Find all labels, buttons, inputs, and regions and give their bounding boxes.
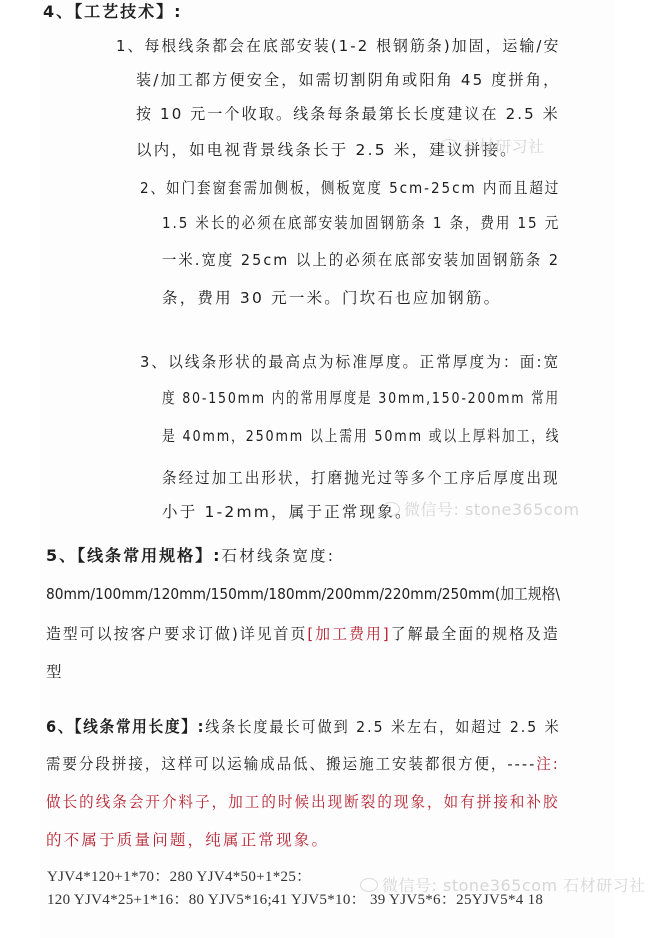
section6-line2-text: 需要分段拼接，这样可以运输成品低、搬运施工安装都很方便，---- <box>46 755 536 773</box>
item3-line5: 小于 1-2mm，属于正常现象。 <box>162 502 413 522</box>
item2-line1: 2、如门套窗套需加侧板，侧板宽度 5cm-25cm 内而且超过 <box>140 178 560 198</box>
watermark-3-text: 微信号: stone365com 石材研习社 <box>382 876 646 895</box>
watermark-2: 微信号: stone365com <box>382 497 580 520</box>
item3-line3: 是 40mm，250mm 以上需用 50mm 或以上厚料加工，线 <box>162 426 560 446</box>
processing-fee-link[interactable]: [加工费用] <box>307 625 390 643</box>
watermark-3: 微信号: stone365com 石材研习社 <box>360 873 646 896</box>
section6-line1-tail: 线条长度最长可做到 2.5 米左右，如超过 2.5 米 <box>205 718 560 736</box>
section6-note-label: 注: <box>536 755 559 773</box>
section5-line3: 造型可以按客户要求订做)详见首页[加工费用]了解最全面的规格及造 <box>46 624 560 644</box>
item1-line2: 装/加工都方便安全，如需切割阴角或阳角 45 度拼角， <box>136 70 560 90</box>
watermark-2-text: 微信号: stone365com <box>404 500 580 519</box>
item2-line2: 1.5 米长的必须在底部安装加固钢筋条 1 条，费用 15 元 <box>162 213 560 233</box>
wechat-icon <box>382 502 400 516</box>
section5-sizes: 80mm/100mm/120mm/150mm/180mm/200mm/220mm… <box>46 584 560 604</box>
item1-line3: 按 10 元一个收取。线条每条最第长长度建议在 2.5 米 <box>136 104 560 124</box>
section5-line4: 型 <box>46 662 64 682</box>
wechat-icon <box>360 878 378 892</box>
item3-line1: 3、以线条形状的最高点为标准厚度。正常厚度为：面:宽 <box>140 352 560 372</box>
section6-line2: 需要分段拼接，这样可以运输成品低、搬运施工安装都很方便，----注: <box>46 754 560 774</box>
section6-heading: 6、【线条常用长度】: <box>46 717 205 736</box>
watermark-1: 石材研习社 <box>440 134 545 157</box>
section5-line3-tail: 了解最全面的规格及造 <box>391 625 560 643</box>
wechat-icon <box>440 139 458 153</box>
item2-line3: 一米.宽度 25cm 以上的必须在底部安装加固钢筋条 2 <box>162 250 560 270</box>
section6-note-line2: 的不属于质量问题，纯属正常现象。 <box>46 830 329 850</box>
section6-line1: 6、【线条常用长度】:线条长度最长可做到 2.5 米左右，如超过 2.5 米 <box>46 717 561 737</box>
watermark-1-text: 石材研习社 <box>462 137 545 156</box>
item3-line2: 度 80-150mm 内的常用厚度是 30mm,150-200mm 常用 <box>162 388 560 408</box>
section4-heading: 4、【工艺技术】: <box>43 2 183 22</box>
section5-heading: 5、【线条常用规格】: <box>46 546 222 565</box>
cable-specs-line1: YJV4*120+1*70：280 YJV4*50+1*25： <box>47 867 311 887</box>
item2-line4: 条，费用 30 元一米。门坎石也应加钢筋。 <box>162 288 501 308</box>
section5-line3-text: 造型可以按客户要求订做)详见首页 <box>46 625 307 643</box>
item1-line1: 1、每根线条都会在底部安装(1-2 根钢筋条)加固，运输/安 <box>116 36 560 56</box>
section6-note-line1: 做长的线条会开介料子，加工的时候出现断裂的现象，如有拼接和补胶 <box>46 792 560 812</box>
section5-line1: 5、【线条常用规格】:石材线条宽度: <box>46 546 335 566</box>
section5-heading-tail: 石材线条宽度: <box>222 547 336 565</box>
item3-line4: 条经过加工出形状，打磨抛光过等多个工序后厚度出现 <box>162 468 560 488</box>
